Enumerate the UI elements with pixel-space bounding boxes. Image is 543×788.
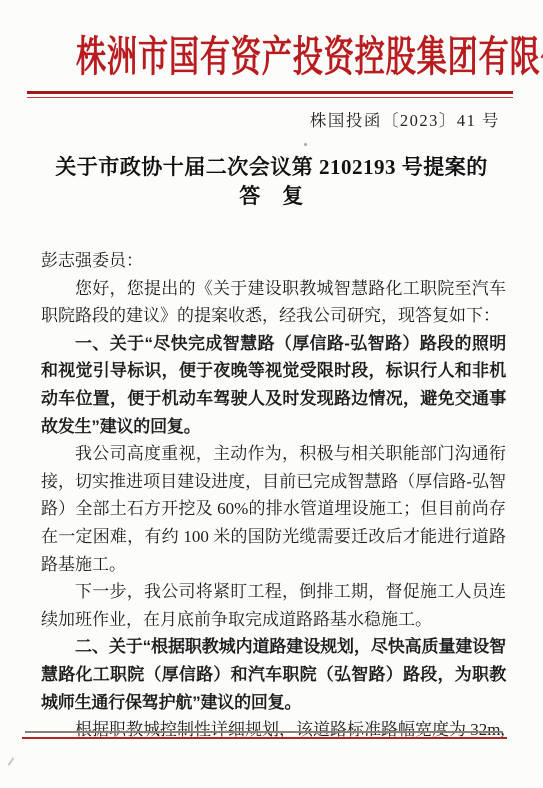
body-paragraph-section-2-heading: 二、关于“根据职教城内道路建设规划，尽快高质量建设智慧路化工职院（厚信路）和汽车… bbox=[41, 633, 506, 716]
footer-divider-red-line bbox=[22, 737, 507, 740]
scan-artifact-mark bbox=[8, 757, 14, 765]
document-title: 关于市政协十届二次会议第 2102193 号提案的 答 复 bbox=[24, 153, 519, 211]
salutation: 彭志强委员： bbox=[41, 247, 506, 275]
letterhead-divider-thick-line bbox=[27, 91, 513, 94]
letterhead-divider-thin-line bbox=[27, 97, 513, 98]
body-paragraph-section-2-reply: 根据职教城控制性详细规划，该道路标准路幅宽度为 32m, bbox=[41, 716, 506, 744]
letterhead-divider bbox=[27, 91, 513, 98]
footer-divider-gray-line bbox=[25, 731, 503, 733]
body-paragraph-intro: 您好，您提出的《关于建设职教城智慧路化工职院至汽车职院路段的建议》的提案收悉，经… bbox=[41, 275, 506, 330]
body-paragraph-section-1-next-steps: 下一步，我公司将紧盯工程，倒排工期，督促施工人员连续加班作业，在月底前争取完成道… bbox=[41, 578, 506, 633]
document-body: 彭志强委员： 您好，您提出的《关于建设职教城智慧路化工职院至汽车职院路段的建议》… bbox=[41, 247, 506, 744]
document-reference-number: 株国投函〔2023〕41 号 bbox=[310, 107, 500, 131]
document-page: 株洲市国有资产投资控股集团有限公司 株国投函〔2023〕41 号 关于市政协十届… bbox=[0, 0, 543, 788]
document-title-line1: 关于市政协十届二次会议第 2102193 号提案的 bbox=[24, 153, 519, 182]
letterhead-company-name: 株洲市国有资产投资控股集团有限公司 bbox=[76, 34, 467, 82]
body-paragraph-section-1-reply: 我公司高度重视，主动作为，积极与相关职能部门沟通衔接，切实推进项目建设进度，目前… bbox=[41, 440, 506, 578]
document-title-line2: 答 复 bbox=[24, 182, 519, 211]
scan-artifact-dot bbox=[304, 143, 307, 146]
body-paragraph-section-1-heading: 一、关于“尽快完成智慧路（厚信路-弘智路）路段的照明和视觉引导标识，便于夜晚等视… bbox=[41, 330, 506, 440]
